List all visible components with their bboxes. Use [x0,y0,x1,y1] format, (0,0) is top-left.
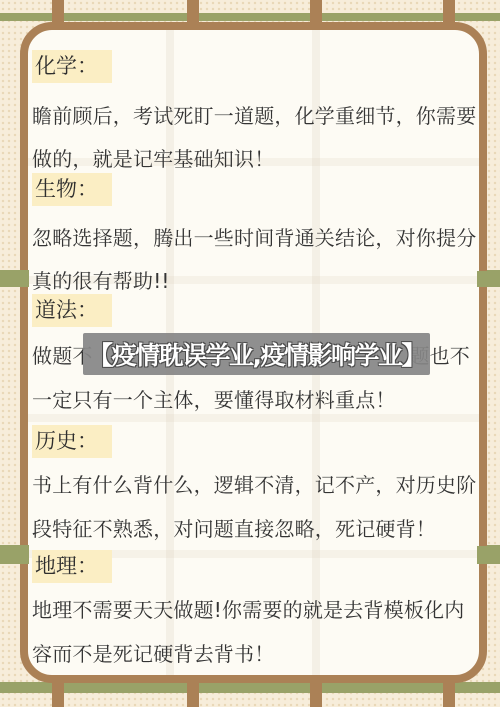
lattice-band-top [0,13,500,21]
subject-label-text: 生物： [32,173,112,206]
morality-law-line-2: 一定只有一个主体，要懂得取材料重点！ [32,384,470,413]
page-background: 化学： 瞻前顾后，考试死盯一道题，化学重细节，你需要 做的，就是记牢基础知识！ … [0,0,500,707]
chemistry-line-1: 瞻前顾后，考试死盯一道题，化学重细节，你需要 [32,100,470,129]
history-line-2: 段特征不熟悉，对问题直接忽略，死记硬背！ [32,513,470,542]
geography-line-1: 地理不需要天天做题!你需要的就是去背模板化内 [32,594,470,623]
subject-label-history: 历史： [32,425,470,458]
history-line-1: 书上有什么背什么，逻辑不清，记不产，对历史阶 [32,469,470,498]
chemistry-line-2: 做的，就是记牢基础知识！ [32,143,470,172]
biology-line-2: 真的很有帮助!! [32,265,470,294]
subject-label-morality-law: 道法： [32,294,470,327]
lattice-band-bottom [0,682,500,693]
subject-label-text: 化学： [32,50,112,83]
subject-label-text: 地理： [32,550,112,583]
geography-line-2: 容而不是死记硬背去背书！ [32,638,470,667]
subject-label-chemistry: 化学： [32,50,470,83]
subject-label-geography: 地理： [32,550,470,583]
lattice-stub-right-1 [477,271,500,287]
lattice-stub-left-2 [0,545,29,564]
biology-line-1: 忽略选择题，腾出一些时间背通关结论，对你提分 [32,222,470,251]
subject-label-text: 道法： [32,294,112,327]
caption-overlay-box: 【疫情耽误学业,疫情影响学业】 [83,333,430,375]
lattice-stub-left-1 [0,270,29,287]
subject-label-text: 历史： [32,425,112,458]
subject-label-biology: 生物： [32,173,470,206]
lattice-stub-right-2 [477,546,500,564]
caption-overlay-title: 【疫情耽误学业,疫情影响学业】 [88,336,425,372]
